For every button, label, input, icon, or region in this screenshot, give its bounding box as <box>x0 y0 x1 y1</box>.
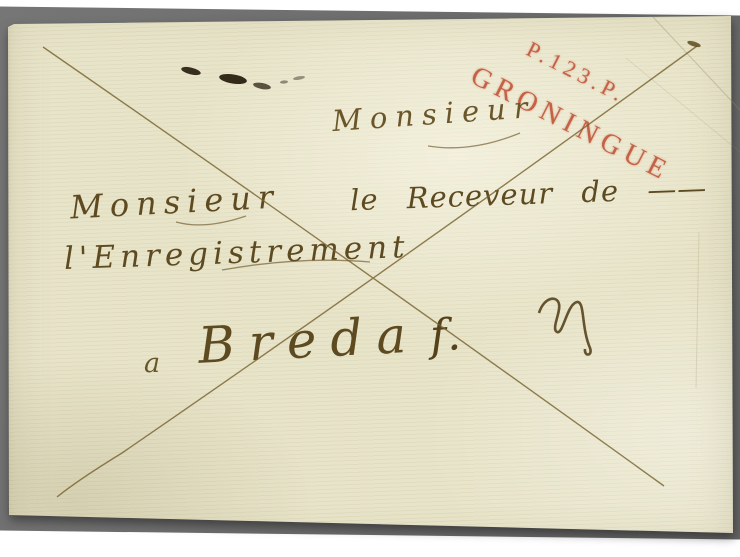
cross-stroke-ascending <box>57 46 697 497</box>
cross-pen-start-blob <box>687 40 702 49</box>
ink-smudge <box>180 65 305 90</box>
handwriting-flourishes <box>176 133 520 270</box>
ink-cross <box>43 46 697 497</box>
cross-stroke-descending <box>43 47 664 486</box>
rate-marking-squiggle <box>539 299 591 355</box>
ink-strokes <box>0 0 740 557</box>
photo-of-postal-cover: P.123.P. GRONINGUE Monsieur Monsieur le … <box>0 0 740 557</box>
